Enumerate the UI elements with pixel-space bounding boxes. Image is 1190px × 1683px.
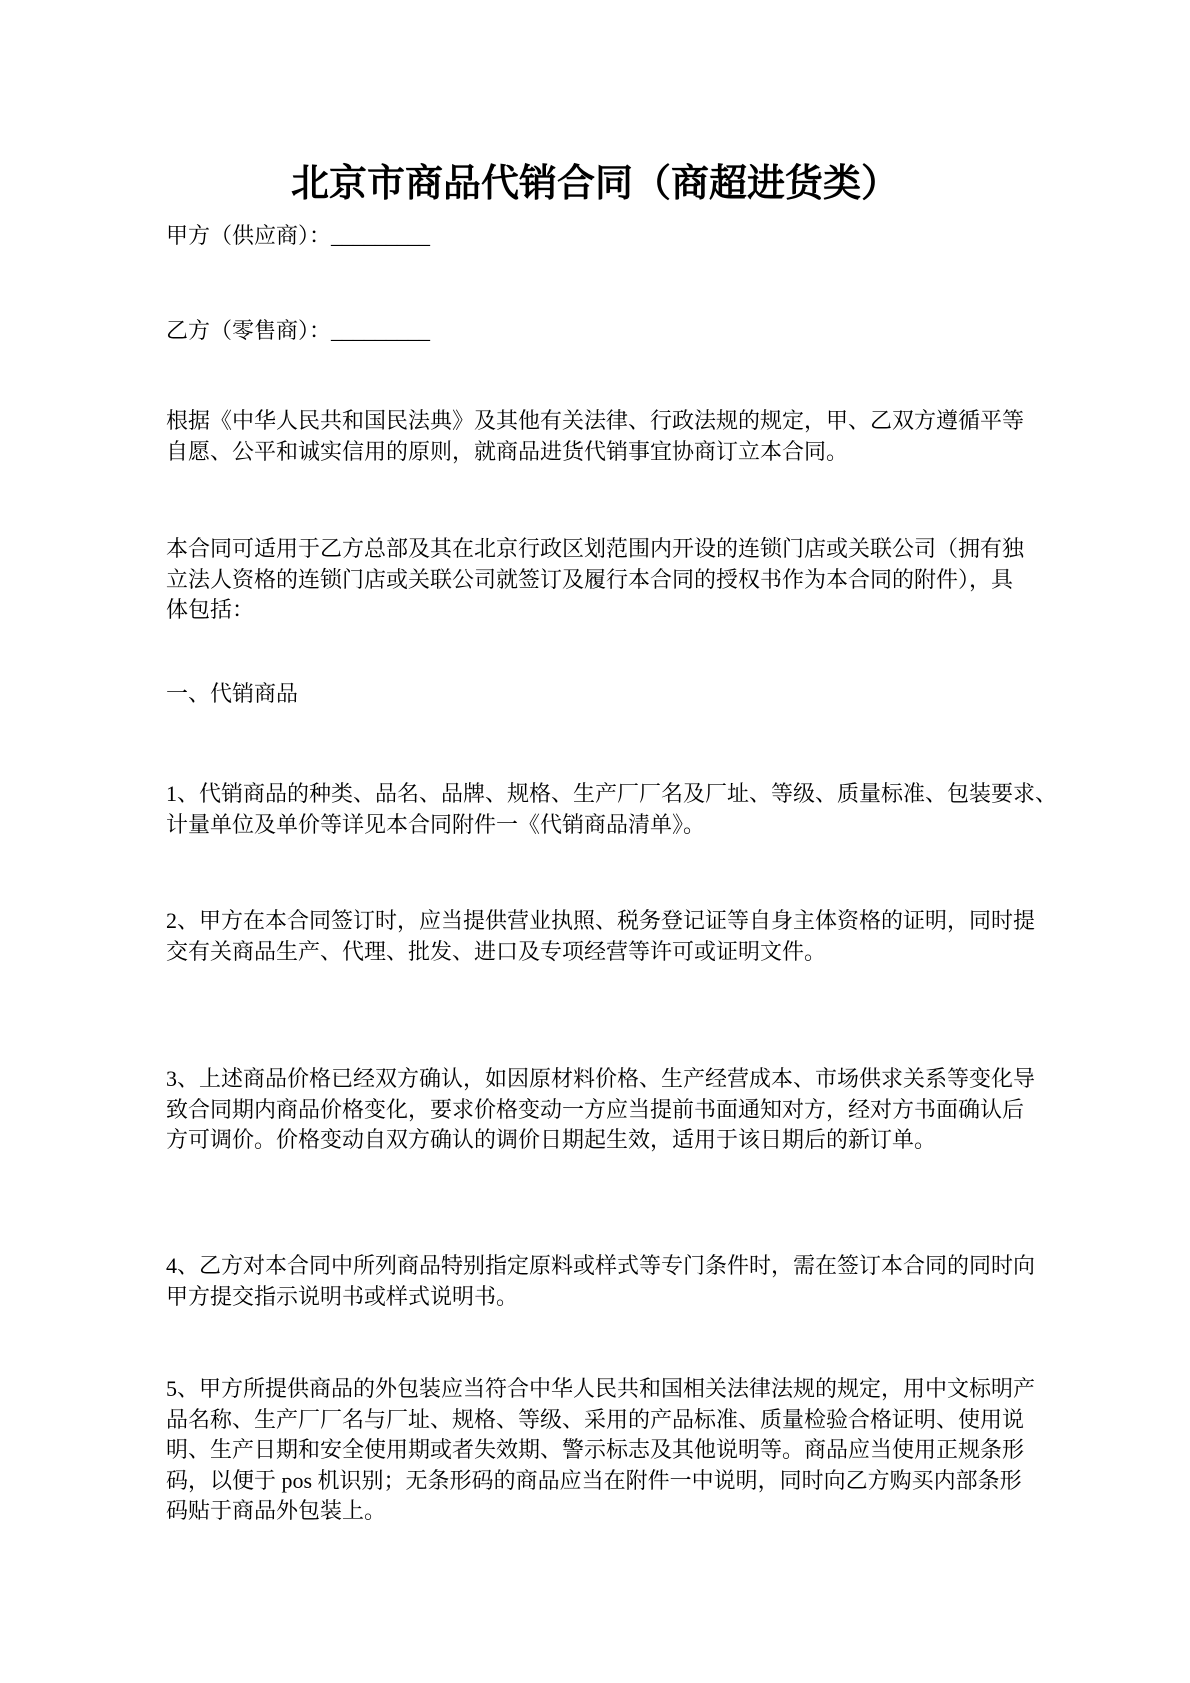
clause-4-paragraph: 4、乙方对本合同中所列商品特别指定原料或样式等专门条件时，需在签订本合同的同时向… [166, 1251, 1066, 1312]
party-b-blank: _________ [331, 318, 430, 343]
party-b-line: 乙方（零售商）：_________ [166, 316, 1066, 347]
party-a-line: 甲方（供应商）：_________ [166, 221, 1066, 252]
party-a-label: 甲方（供应商）： [166, 223, 331, 248]
clause-2-paragraph: 2、甲方在本合同签订时，应当提供营业执照、税务登记证等自身主体资格的证明，同时提… [166, 906, 1066, 967]
party-a-blank: _________ [331, 223, 430, 248]
contract-document-page: 北京市商品代销合同（商超进货类） 甲方（供应商）：_________ 乙方（零售… [0, 0, 1190, 1683]
clause-1-paragraph: 1、代销商品的种类、品名、品牌、规格、生产厂厂名及厂址、等级、质量标准、包装要求… [166, 779, 1066, 840]
clause-3-paragraph: 3、上述商品价格已经双方确认，如因原材料价格、生产经营成本、市场供求关系等变化导… [166, 1064, 1066, 1156]
scope-paragraph: 本合同可适用于乙方总部及其在北京行政区划范围内开设的连锁门店或关联公司（拥有独 … [166, 534, 1066, 626]
party-b-label: 乙方（零售商）： [166, 318, 331, 343]
section-1-heading: 一、代销商品 [166, 679, 1066, 710]
preamble-paragraph: 根据《中华人民共和国民法典》及其他有关法律、行政法规的规定，甲、乙双方遵循平等 … [166, 406, 1066, 467]
contract-title: 北京市商品代销合同（商超进货类） [0, 161, 1190, 207]
clause-5-paragraph: 5、甲方所提供商品的外包装应当符合中华人民共和国相关法律法规的规定，用中文标明产… [166, 1374, 1066, 1527]
